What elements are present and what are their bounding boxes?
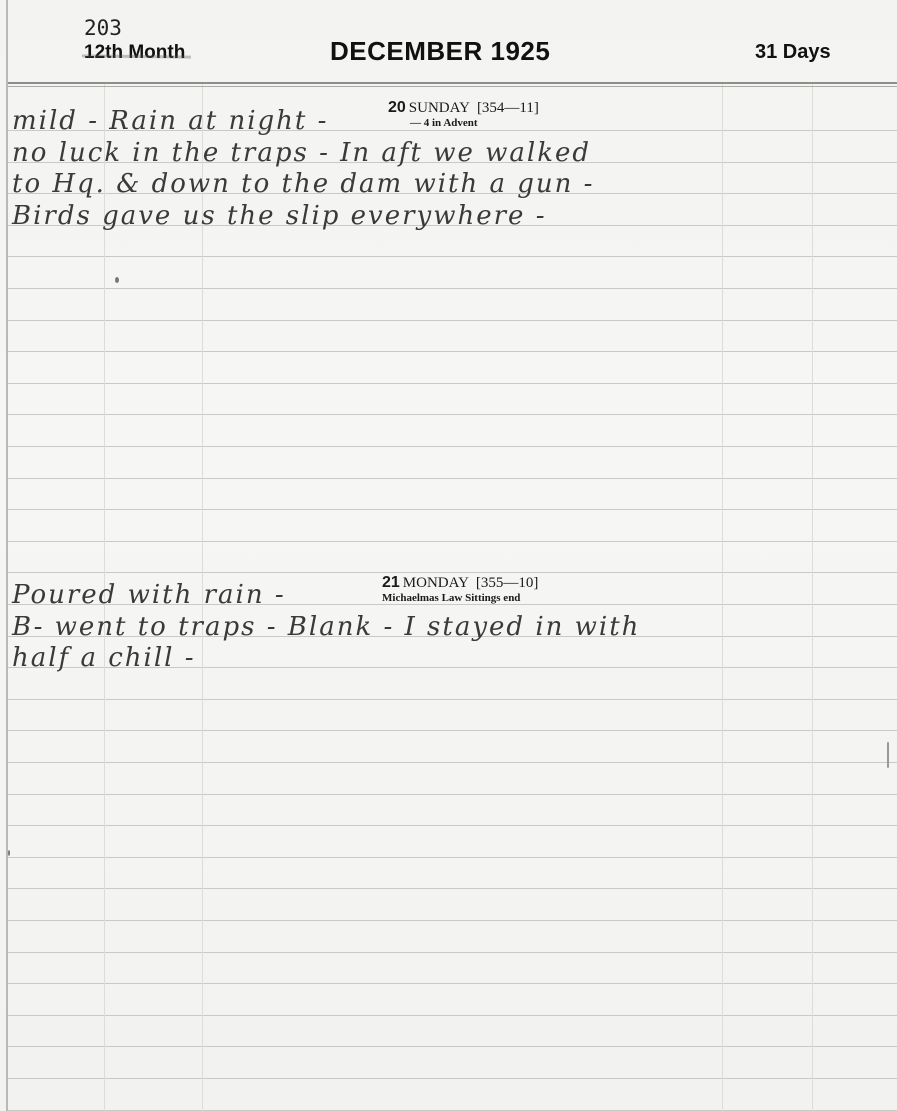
ruled-line — [8, 920, 897, 921]
handwriting-line: mild - Rain at night - — [12, 106, 594, 138]
handwriting-line: Poured with rain - — [12, 580, 640, 612]
month-label: 12th Month — [84, 42, 185, 64]
days-count-label: 31 Days — [755, 41, 831, 64]
header-rule-secondary — [8, 86, 897, 87]
ruled-line — [8, 825, 897, 826]
handwriting-line: to Hq. & down to the dam with a gun - — [12, 169, 594, 201]
ruled-line — [8, 478, 897, 479]
page-number: 203 — [84, 16, 122, 40]
ruled-line — [8, 1078, 897, 1079]
ruled-line — [8, 509, 897, 510]
ruled-line — [8, 983, 897, 984]
ruled-line — [8, 857, 897, 858]
ruled-line — [8, 730, 897, 731]
ruled-line — [8, 888, 897, 889]
ink-speck — [8, 850, 10, 856]
ruled-line — [8, 541, 897, 542]
ruled-line — [8, 1046, 897, 1047]
diary-page: 203 12th Month DECEMBER 1925 31 Days 20S… — [0, 0, 897, 1111]
handwriting-line: half a chill - — [12, 643, 640, 675]
handwriting-line: B- went to traps - Blank - I stayed in w… — [12, 612, 640, 644]
ruled-line — [8, 351, 897, 352]
column-guide-line — [722, 84, 723, 1111]
header-rule — [8, 82, 897, 84]
ruled-line — [8, 794, 897, 795]
handwritten-entry-21: Poured with rain - B- went to traps - Bl… — [12, 580, 640, 675]
ruled-line — [8, 572, 897, 573]
ruled-line — [8, 256, 897, 257]
column-guide-line — [812, 84, 813, 1111]
ruled-line — [8, 320, 897, 321]
handwritten-entry-20: mild - Rain at night - no luck in the tr… — [12, 106, 594, 232]
ink-speck — [115, 277, 119, 283]
ruled-line — [8, 446, 897, 447]
pencil-mark — [887, 742, 889, 768]
page-title: DECEMBER 1925 — [330, 36, 550, 67]
handwriting-line: no luck in the traps - In aft we walked — [12, 138, 594, 170]
ruled-line — [8, 383, 897, 384]
ruled-line — [8, 952, 897, 953]
ruled-line — [8, 414, 897, 415]
page-binding-edge — [6, 0, 8, 1111]
handwriting-line: Birds gave us the slip everywhere - — [12, 201, 594, 233]
ruled-line — [8, 762, 897, 763]
ruled-line — [8, 288, 897, 289]
ruled-line — [8, 699, 897, 700]
ruled-line — [8, 1015, 897, 1016]
